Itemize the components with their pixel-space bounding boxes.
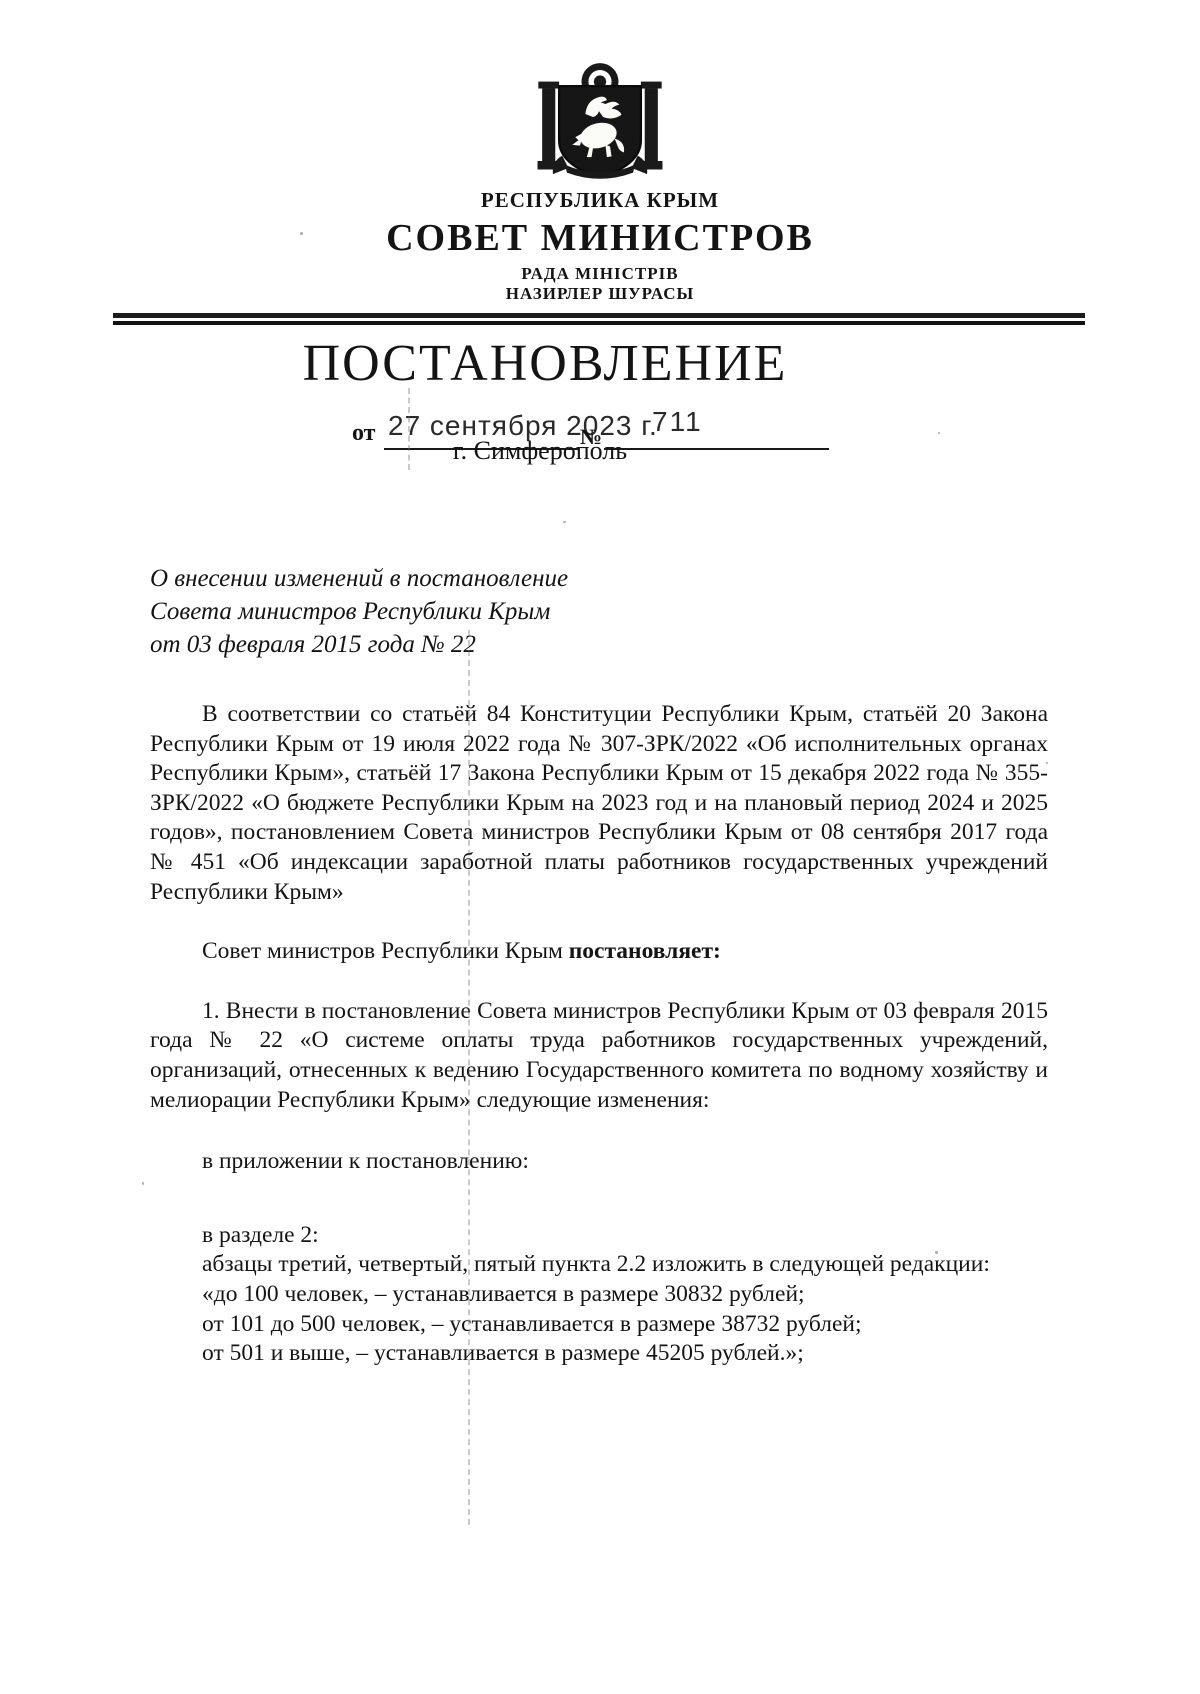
scan-speck (142, 1182, 144, 1185)
document-type-title: ПОСТАНОВЛЕНИЕ (0, 334, 1090, 393)
scan-speck (935, 1251, 938, 1254)
resolution-clause-prefix: Совет министров Республики Крым (202, 938, 569, 964)
crimea-coat-of-arms-icon (519, 60, 681, 188)
subject-line: от 03 февраля 2015 года № 22 (150, 628, 710, 661)
quote-line-1: «до 100 человек, – устанавливается в раз… (150, 1280, 1048, 1310)
separator-rule-bottom (113, 321, 1085, 325)
document-subject: О внесении изменений в постановление Сов… (150, 562, 710, 661)
council-subtitle-crimean-tatar: НАЗИРЛЕР ШУРАСЫ (0, 284, 1200, 304)
quote-line-3: от 501 и выше, – устанавливается в разме… (150, 1339, 1048, 1369)
scan-speck (563, 521, 566, 523)
resolution-clause-verb: постановляет: (569, 938, 721, 964)
quote-line-2: от 101 до 500 человек, – устанавливается… (150, 1310, 1048, 1340)
document-number: 711 (652, 406, 703, 438)
council-subtitle-ukrainian: РАДА МІНІСТРІВ (0, 264, 1200, 284)
line-amendment: абзацы третий, четвертый, пятый пункта 2… (150, 1250, 1048, 1280)
paragraph-item-1: 1. Внести в постановление Совета министр… (150, 997, 1048, 1115)
paragraph-legal-basis: В соответствии со статьёй 84 Конституции… (150, 700, 1048, 907)
scan-speck (938, 432, 940, 434)
subject-line: Совета министров Республики Крым (150, 595, 710, 628)
scan-speck (1046, 762, 1048, 764)
scan-fold-line (468, 630, 470, 1525)
scan-speck (300, 232, 303, 235)
line-section-2: в разделе 2: (150, 1221, 1048, 1251)
paragraph-resolution-clause: Совет министров Республики Крым постанов… (150, 937, 1048, 967)
document-page: РЕСПУБЛИКА КРЫМ СОВЕТ МИНИСТРОВ РАДА МІН… (0, 0, 1200, 1694)
city-label: г. Симферополь (0, 436, 1080, 466)
scan-fold-line-top (408, 388, 410, 470)
separator-rule-top (113, 313, 1085, 318)
emblem-container (0, 60, 1200, 188)
council-of-ministers-title: СОВЕТ МИНИСТРОВ (0, 216, 1200, 260)
document-body: В соответствии со статьёй 84 Конституции… (150, 700, 1048, 1369)
subject-line: О внесении изменений в постановление (150, 562, 710, 595)
line-annex: в приложении к постановлению: (150, 1147, 1048, 1177)
republic-name: РЕСПУБЛИКА КРЫМ (0, 188, 1200, 213)
